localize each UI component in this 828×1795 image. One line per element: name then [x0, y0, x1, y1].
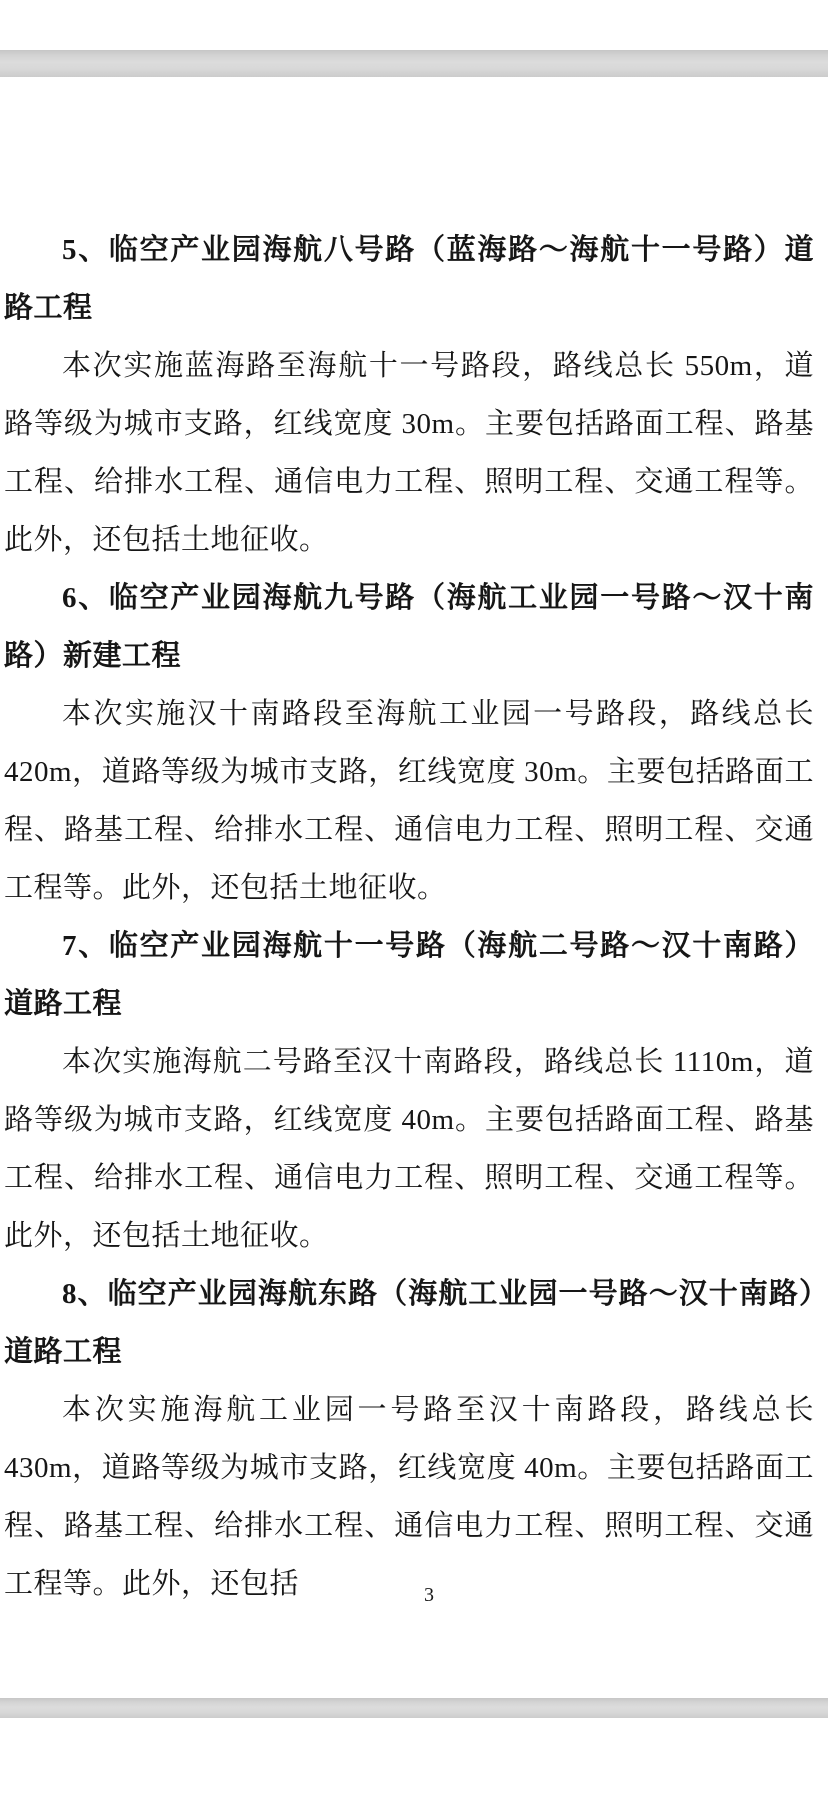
next-page-top — [0, 1718, 828, 1795]
section-8: 8、临空产业园海航东路（海航工业园一号路～汉十南路）道路工程 本次实施海航工业园… — [4, 1265, 814, 1613]
section-6: 6、临空产业园海航九号路（海航工业园一号路～汉十南路）新建工程 本次实施汉十南路… — [4, 569, 814, 917]
section-7: 7、临空产业园海航十一号路（海航二号路～汉十南路）道路工程 本次实施海航二号路至… — [4, 917, 814, 1265]
section-5: 5、临空产业园海航八号路（蓝海路～海航十一号路）道路工程 本次实施蓝海路至海航十… — [4, 221, 814, 569]
section-5-heading: 5、临空产业园海航八号路（蓝海路～海航十一号路）道路工程 — [4, 221, 814, 337]
page-number: 3 — [15, 1581, 828, 1609]
section-7-body: 本次实施海航二号路至汉十南路段，路线总长 1110m，道路等级为城市支路，红线宽… — [4, 1033, 814, 1265]
document-page: 5、临空产业园海航八号路（蓝海路～海航十一号路）道路工程 本次实施蓝海路至海航十… — [0, 77, 828, 1698]
section-6-body: 本次实施汉十南路段至海航工业园一号路段，路线总长 420m，道路等级为城市支路，… — [4, 685, 814, 917]
section-7-heading: 7、临空产业园海航十一号路（海航二号路～汉十南路）道路工程 — [4, 917, 814, 1033]
page-separator-top — [0, 50, 828, 77]
section-8-heading: 8、临空产业园海航东路（海航工业园一号路～汉十南路）道路工程 — [4, 1265, 814, 1381]
page-content: 5、临空产业园海航八号路（蓝海路～海航十一号路）道路工程 本次实施蓝海路至海航十… — [4, 77, 814, 1613]
page-separator-bottom — [0, 1698, 828, 1718]
section-5-body: 本次实施蓝海路至海航十一号路段，路线总长 550m，道路等级为城市支路，红线宽度… — [4, 337, 814, 569]
previous-page-bottom — [0, 0, 828, 50]
document-viewer: 5、临空产业园海航八号路（蓝海路～海航十一号路）道路工程 本次实施蓝海路至海航十… — [0, 0, 828, 1795]
section-8-body: 本次实施海航工业园一号路至汉十南路段，路线总长 430m，道路等级为城市支路，红… — [4, 1381, 814, 1613]
section-6-heading: 6、临空产业园海航九号路（海航工业园一号路～汉十南路）新建工程 — [4, 569, 814, 685]
